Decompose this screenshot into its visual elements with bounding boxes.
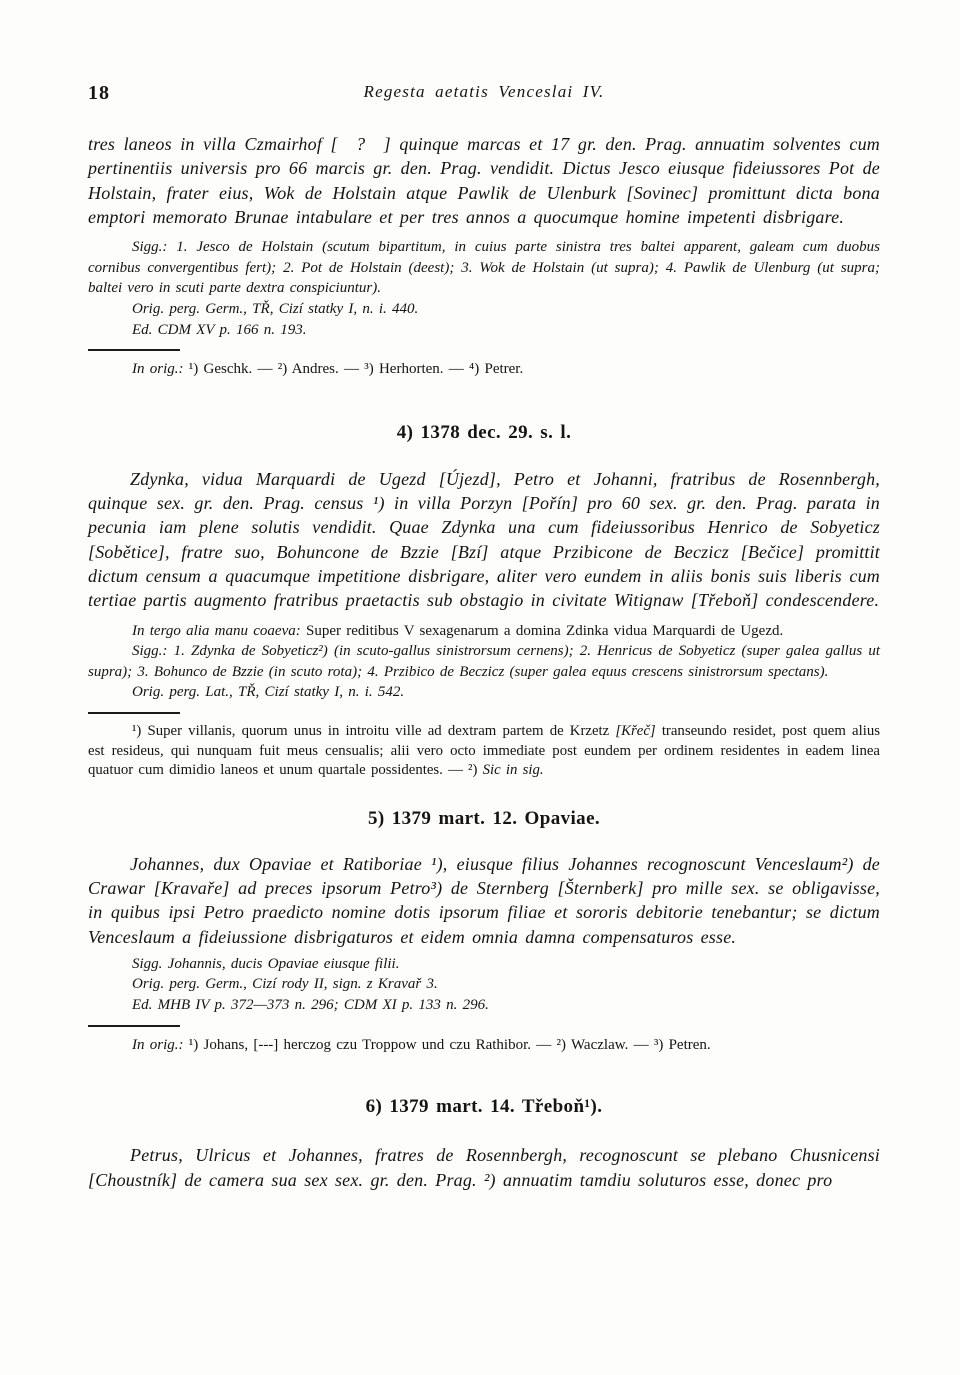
page-header: 18 Regesta aetatis Venceslai IV. (88, 82, 880, 108)
entry4-heading: 4) 1378 dec. 29. s. l. (88, 422, 880, 444)
entry3-orig-note: Orig. perg. Germ., TŘ, Cizí statky I, n.… (88, 299, 880, 320)
book-page: 18 Regesta aetatis Venceslai IV. tres la… (0, 0, 960, 1375)
page-number: 18 (88, 82, 110, 105)
entry3-ed-note: Ed. CDM XV p. 166 n. 193. (88, 320, 880, 341)
entry3-in-orig-text: ¹) Geschk. — ²) Andres. — ³) Herhorten. … (189, 361, 523, 377)
entry-3: tres laneos in villa Czmairhof [ ? ] qui… (88, 132, 880, 380)
entry4-footnote-part4: Sic in sig. (483, 762, 544, 778)
entry4-in-tergo-label: In tergo alia manu coaeva: (132, 623, 306, 639)
footnote-rule (88, 349, 180, 351)
entry5-in-orig-note: In orig.: ¹) Johans, [---] herczog czu T… (88, 1035, 880, 1056)
entry4-footnote: ¹) Super villanis, quorum unus in introi… (88, 722, 880, 781)
entry4-footnote-part2: [Křeč] (615, 723, 655, 739)
entry3-in-orig-note: In orig.: ¹) Geschk. — ²) Andres. — ³) H… (88, 359, 880, 380)
entry3-body: tres laneos in villa Czmairhof [ ? ] qui… (88, 132, 880, 229)
entry4-in-tergo-note: In tergo alia manu coaeva: Super reditib… (88, 621, 880, 642)
entry5-sigg-note: Sigg. Johannis, ducis Opaviae eiusque fi… (88, 954, 880, 975)
entry5-ed-note: Ed. MHB IV p. 372—373 n. 296; CDM XI p. … (88, 995, 880, 1016)
entry4-in-tergo-text: Super reditibus V sexagenarum a domina Z… (306, 623, 783, 639)
footnote-rule (88, 712, 180, 714)
entry-6: 6) 1379 mart. 14. Třeboň¹). Petrus, Ulri… (88, 1096, 880, 1192)
entry5-body: Johannes, dux Opaviae et Ratiboriae ¹), … (88, 852, 880, 949)
entry6-body: Petrus, Ulricus et Johannes, fratres de … (88, 1143, 880, 1192)
entry-5: 5) 1379 mart. 12. Opaviae. Johannes, dux… (88, 808, 880, 1056)
entry4-sigg-note: Sigg.: 1. Zdynka de Sobyeticz²) (in scut… (88, 641, 880, 682)
entry3-in-orig-label: In orig.: (132, 361, 189, 377)
entry4-body: Zdynka, vidua Marquardi de Ugezd [Újezd]… (88, 467, 880, 613)
entry5-in-orig-text: ¹) Johans, [---] herczog czu Troppow und… (189, 1037, 711, 1053)
entry6-heading: 6) 1379 mart. 14. Třeboň¹). (88, 1096, 880, 1118)
footnote-rule (88, 1025, 180, 1027)
entry5-heading: 5) 1379 mart. 12. Opaviae. (88, 808, 880, 830)
running-title: Regesta aetatis Venceslai IV. (88, 82, 880, 102)
entry5-orig-note: Orig. perg. Germ., Cizí rody II, sign. z… (88, 974, 880, 995)
entry5-in-orig-label: In orig.: (132, 1037, 189, 1053)
entry4-footnote-part1: ¹) Super villanis, quorum unus in introi… (132, 723, 615, 739)
entry3-sigg-note: Sigg.: 1. Jesco de Holstain (scutum bipa… (88, 237, 880, 299)
entry-4: 4) 1378 dec. 29. s. l. Zdynka, vidua Mar… (88, 422, 880, 781)
entry4-orig-note: Orig. perg. Lat., TŘ, Cizí statky I, n. … (88, 682, 880, 703)
